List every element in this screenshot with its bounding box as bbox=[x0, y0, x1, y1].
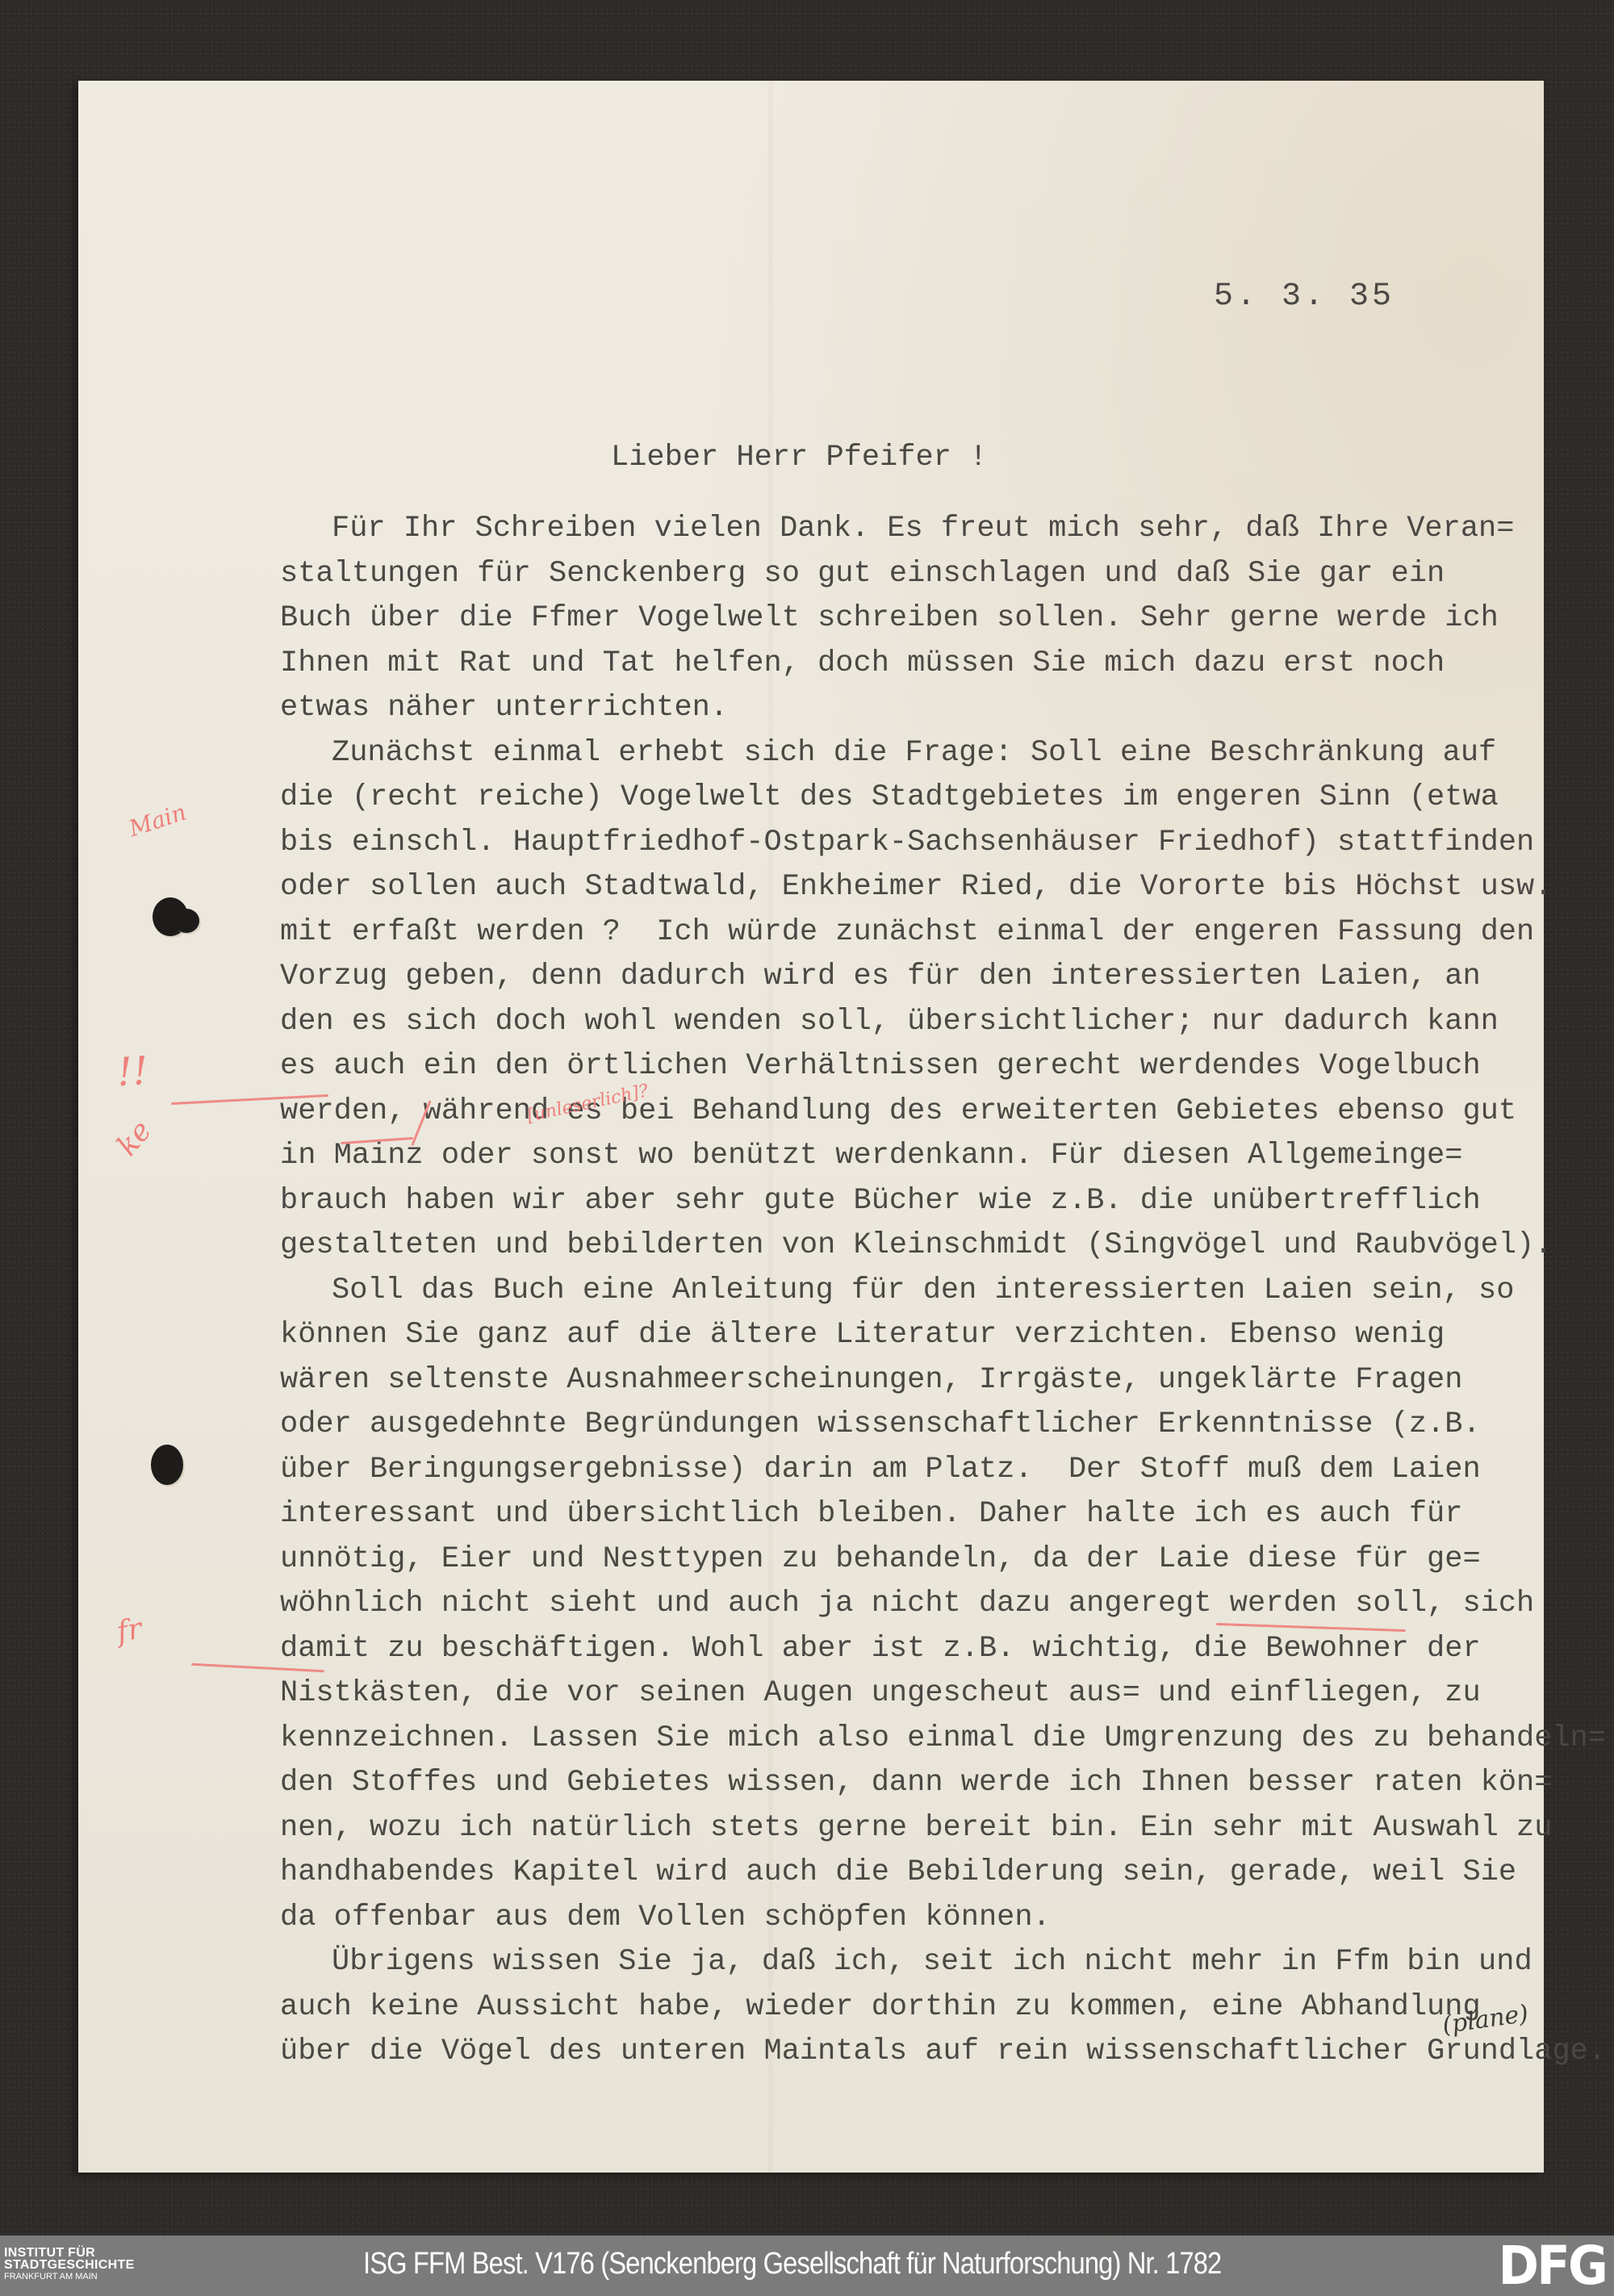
letter-line: etwas näher unterrichten. bbox=[280, 686, 1606, 731]
institute-line-3: FRANKFURT AM MAIN bbox=[4, 2271, 135, 2283]
letter-body: Für Ihr Schreiben vielen Dank. Es freut … bbox=[280, 507, 1606, 2075]
margin-annotation-fr: fr bbox=[115, 1612, 144, 1650]
letter-line: den Stoffes und Gebietes wissen, dann we… bbox=[280, 1761, 1606, 1806]
letter-line: Soll das Buch eine Anleitung für den int… bbox=[280, 1269, 1606, 1314]
letter-line: gestalteten und bebilderten von Kleinsch… bbox=[280, 1223, 1606, 1269]
institute-line-1: INSTITUT FÜR bbox=[4, 2247, 135, 2259]
letter-line: werden, während es bei Behandlung des er… bbox=[280, 1089, 1606, 1135]
letter-line: über Beringungsergebnisse) darin am Plat… bbox=[280, 1448, 1606, 1493]
letter-line: nen, wozu ich natürlich stets gerne bere… bbox=[280, 1806, 1606, 1851]
margin-annotation-ke: ke bbox=[111, 1115, 158, 1162]
letter-line: Ihnen mit Rat und Tat helfen, doch müsse… bbox=[280, 642, 1606, 687]
institute-line-2: STADTGESCHICHTE bbox=[4, 2259, 135, 2271]
letter-line: auch keine Aussicht habe, wieder dorthin… bbox=[280, 1985, 1606, 2030]
letter-line: oder sollen auch Stadtwald, Enkheimer Ri… bbox=[280, 865, 1606, 910]
letter-line: in Mainz oder sonst wo benützt werdenkan… bbox=[280, 1134, 1606, 1179]
letter-line: über die Vögel des unteren Maintals auf … bbox=[280, 2030, 1606, 2075]
archive-caption: ISG FFM Best. V176 (Senckenberg Gesellsc… bbox=[363, 2247, 1221, 2281]
letter-line: können Sie ganz auf die ältere Literatur… bbox=[280, 1313, 1606, 1358]
letter-line: interessant und übersichtlich bleiben. D… bbox=[280, 1492, 1606, 1537]
letter-line: brauch haben wir aber sehr gute Bücher w… bbox=[280, 1179, 1606, 1224]
institute-logo: INSTITUT FÜR STADTGESCHICHTE FRANKFURT A… bbox=[4, 2247, 135, 2283]
letter-line: mit erfaßt werden ? Ich würde zunächst e… bbox=[280, 910, 1606, 956]
letter-line: es auch ein den örtlichen Verhältnissen … bbox=[280, 1044, 1606, 1089]
archive-footer: INSTITUT FÜR STADTGESCHICHTE FRANKFURT A… bbox=[0, 2235, 1614, 2296]
letter-line: Nistkästen, die vor seinen Augen ungesch… bbox=[280, 1671, 1606, 1717]
letter-line: wären seltenste Ausnahmeerscheinungen, I… bbox=[280, 1358, 1606, 1403]
letter-line: Für Ihr Schreiben vielen Dank. Es freut … bbox=[280, 507, 1606, 552]
letter-date: 5. 3. 35 bbox=[1214, 274, 1394, 320]
punch-hole-top-tail bbox=[174, 909, 199, 933]
letter-line: unnötig, Eier und Nesttypen zu behandeln… bbox=[280, 1537, 1606, 1583]
margin-annotation-exclaim: !! bbox=[115, 1048, 149, 1096]
letter-line: Zunächst einmal erhebt sich die Frage: S… bbox=[280, 731, 1606, 776]
letter-line: die (recht reiche) Vogelwelt des Stadtge… bbox=[280, 776, 1606, 821]
punch-hole-bottom bbox=[151, 1445, 183, 1485]
letter-line: da offenbar aus dem Vollen schöpfen könn… bbox=[280, 1896, 1606, 1941]
letter-line: Übrigens wissen Sie ja, daß ich, seit ic… bbox=[280, 1940, 1606, 1985]
letter-line: Vorzug geben, denn dadurch wird es für d… bbox=[280, 955, 1606, 1000]
margin-annotation-main: Main bbox=[126, 799, 190, 843]
dfg-logo: DFG bbox=[1499, 2240, 1606, 2293]
letter-line: bis einschl. Hauptfriedhof-Ostpark-Sachs… bbox=[280, 821, 1606, 866]
letter-line: damit zu beschäftigen. Wohl aber ist z.B… bbox=[280, 1627, 1606, 1672]
letter-line: oder ausgedehnte Begründungen wissenscha… bbox=[280, 1403, 1606, 1448]
salutation: Lieber Herr Pfeifer ! bbox=[611, 436, 987, 481]
letter-line: staltungen für Senckenberg so gut einsch… bbox=[280, 552, 1606, 597]
letter-page: 5. 3. 35 Lieber Herr Pfeifer ! Für Ihr S… bbox=[78, 81, 1544, 2173]
letter-line: den es sich doch wohl wenden soll, übers… bbox=[280, 1000, 1606, 1045]
letter-line: Buch über die Ffmer Vogelwelt schreiben … bbox=[280, 596, 1606, 642]
letter-line: kennzeichnen. Lassen Sie mich also einma… bbox=[280, 1717, 1606, 1762]
letter-line: handhabendes Kapitel wird auch die Bebil… bbox=[280, 1851, 1606, 1896]
letter-line: wöhnlich nicht sieht und auch ja nicht d… bbox=[280, 1582, 1606, 1627]
